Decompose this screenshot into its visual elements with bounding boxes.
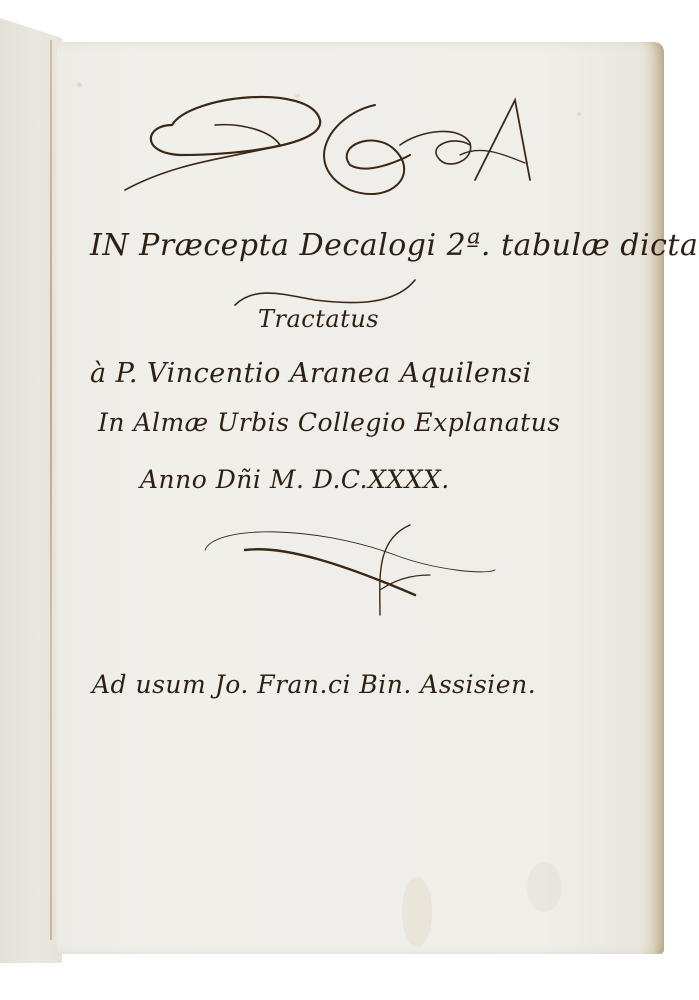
ownership-inscription: Ad usum Jo. Fran.ci Bin. Assisien.: [92, 670, 536, 699]
foxing-spot: [577, 112, 581, 116]
college-line: In Almæ Urbis Collegio Explanatus: [98, 408, 561, 437]
title-line-2: Tractatus: [258, 305, 379, 333]
author-line: à P. Vincentio Aranea Aquilensi: [90, 358, 532, 389]
gutter-fold: [50, 40, 52, 940]
title-line-1: IN Præcepta Decalogi 2ª. tabulæ dicta: [90, 228, 698, 263]
pen-flourish: [195, 520, 515, 620]
stain: [402, 877, 432, 947]
foxing-spot: [77, 82, 82, 87]
left-page: [0, 18, 62, 963]
stain: [527, 862, 562, 912]
year-line: Anno Dñi M. D.C.XXXX.: [140, 465, 450, 494]
monogram-flourish: [120, 85, 570, 195]
page-edge: [653, 62, 654, 942]
